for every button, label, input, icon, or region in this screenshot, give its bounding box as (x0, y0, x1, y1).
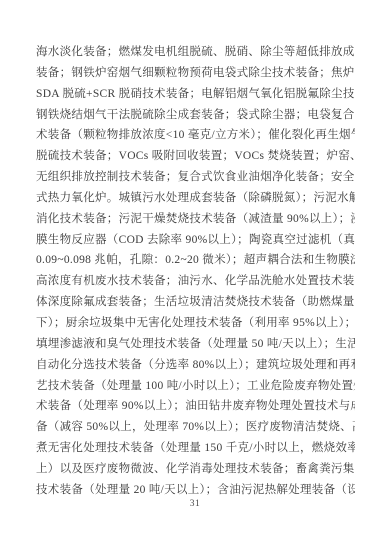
text-line: 0.09~0.098 兆帕，孔隙：0.2~20 微米）；超声耦合法和生物膜法处理 (36, 250, 355, 271)
text-line: 技术装备（处理量 20 吨/天以上）；含油污泥热解处理装备（设备热 (36, 480, 355, 501)
text-line: 消化技术装备；污泥干燥焚烧技术装备（减渣量 90%以上）；浸没式 (36, 209, 355, 230)
text-line: 术装备（颗粒物排放浓度<10 毫克/立方米）；催化裂化再生烟气除尘 (36, 125, 355, 146)
text-line: 上）以及医疗废物微波、化学消毒处理技术装备；畜禽粪污集中处理 (36, 459, 355, 480)
page-number: 31 (0, 499, 390, 509)
text-line: 下）；厨余垃圾集中无害化处理技术装备（利用率 95%以上）；垃圾 (36, 313, 355, 334)
text-line: 膜生物反应器（COD 去除率 90%以上）；陶瓷真空过滤机（真空度： (36, 230, 355, 251)
text-line: 备（减容 50%以上，处理率 70%以上）；医疗废物清洁焚烧、高温蒸 (36, 417, 355, 438)
text-line: 无组织排放控制技术装备；复合式饮食业油烟净化装备；安全型蓄热 (36, 167, 355, 188)
text-line: 钢铁烧结烟气干法脱硫除尘成套装备；袋式除尘器；电袋复合除尘技 (36, 105, 355, 126)
text-line: 术装备（处理率 90%以上）；油田钻井废弃物处理处置技术与成套装 (36, 396, 355, 417)
text-line: 脱硫技术装备；VOCs 吸附回收装置；VOCs 焚烧装置；炉窑、料场的 (36, 146, 355, 167)
text-line: 式热力氧化炉。城镇污水处理成套装备（除磷脱氮）；污泥水解厌氧 (36, 188, 355, 209)
document-page: 海水淡化装备；燃煤发电机组脱硫、脱硝、除尘等超低排放成套技术 装备；钢铁炉窑烟气… (0, 0, 390, 551)
text-line: 自动化分选技术装备（分选率 80%以上）；建筑垃圾处理和再利用工 (36, 355, 355, 376)
text-line: 装备；钢铁炉窑烟气细颗粒物预荷电袋式除尘技术装备；焦炉烟气 (36, 63, 355, 84)
text-line: 煮无害化处理技术装备（处理量 150 千克/小时以上，燃烧效率 70%以 (36, 438, 355, 459)
text-line: SDA 脱硫+SCR 脱硝技术装备；电解铝烟气氧化铝脱氟除尘技术装备； (36, 84, 355, 105)
body-text-block: 海水淡化装备；燃煤发电机组脱硫、脱硝、除尘等超低排放成套技术 装备；钢铁炉窑烟气… (36, 42, 355, 501)
text-line: 艺技术装备（处理量 100 吨/小时以上）；工业危险废弃物处置处理技 (36, 376, 355, 397)
text-line: 填埋渗滤液和臭气处理技术装备（处理量 50 吨/天以上）；生活垃圾 (36, 334, 355, 355)
text-line: 体深度除氟成套装备；生活垃圾清洁焚烧技术装备（助燃煤量 20%以 (36, 292, 355, 313)
text-line: 高浓度有机废水技术装备；油污水、化学品洗舱水处置技术装备；水 (36, 271, 355, 292)
text-line: 海水淡化装备；燃煤发电机组脱硫、脱硝、除尘等超低排放成套技术 (36, 42, 355, 63)
